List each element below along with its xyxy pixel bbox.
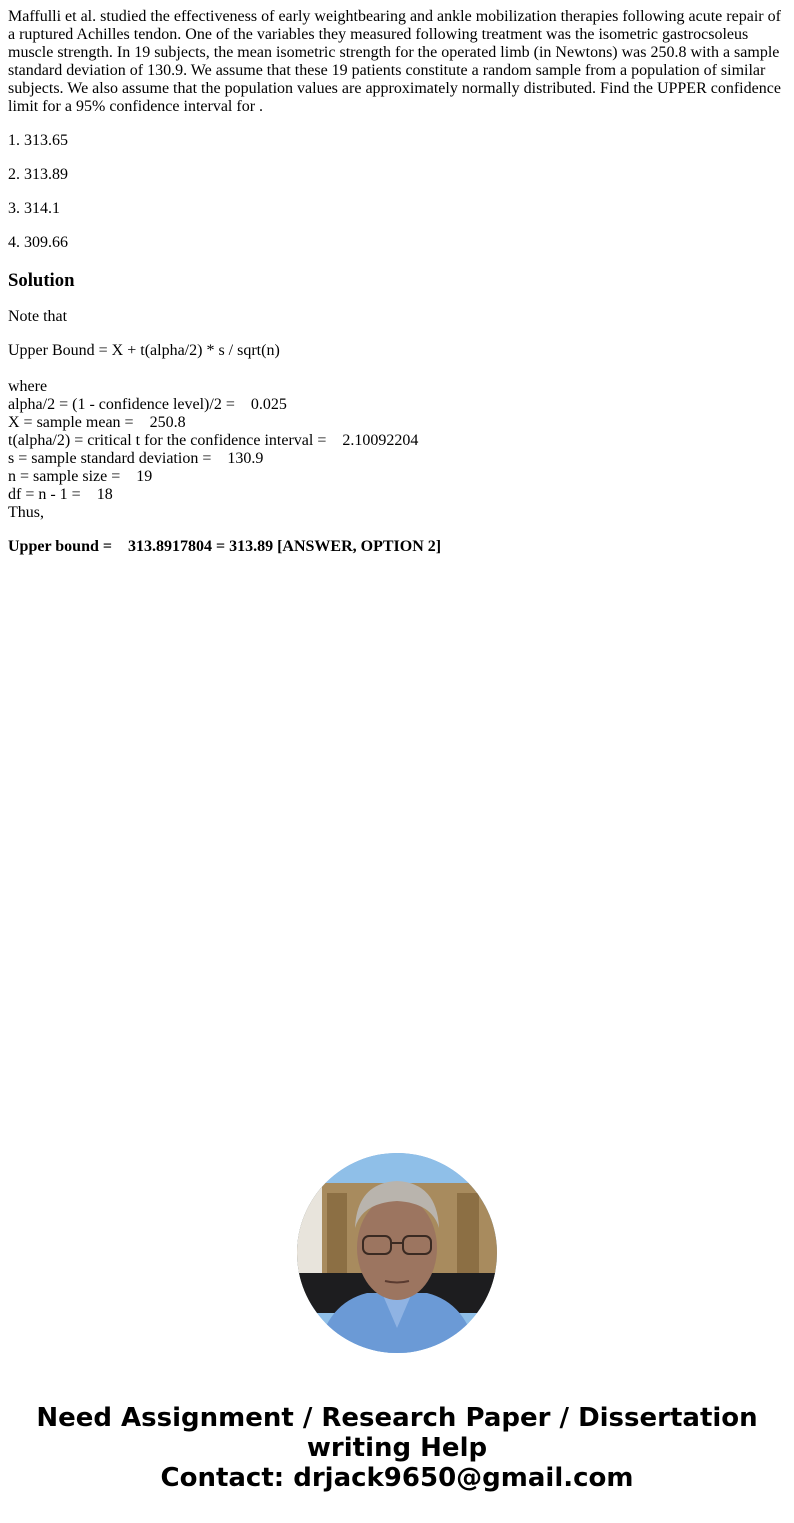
solution-note: Note that [8, 308, 786, 326]
definition-line: X = sample mean = 250.8 [8, 414, 786, 432]
definition-line: alpha/2 = (1 - confidence level)/2 = 0.0… [8, 396, 786, 414]
option-2: 2. 313.89 [8, 166, 786, 184]
option-3: 3. 314.1 [8, 200, 786, 218]
option-4: 4. 309.66 [8, 234, 786, 252]
solution-heading: Solution [8, 270, 786, 292]
question-text: Maffulli et al. studied the effectivenes… [8, 8, 786, 116]
definition-line: df = n - 1 = 18 [8, 486, 786, 504]
promo-line-1: Need Assignment / Research Paper / Disse… [0, 1403, 794, 1433]
definition-line: t(alpha/2) = critical t for the confiden… [8, 432, 786, 450]
tutor-avatar [297, 1153, 497, 1353]
person-photo-icon [297, 1153, 497, 1353]
final-answer: Upper bound = 313.8917804 = 313.89 [ANSW… [8, 538, 786, 556]
definition-line: n = sample size = 19 [8, 468, 786, 486]
promo-banner: Need Assignment / Research Paper / Disse… [0, 1403, 794, 1493]
promo-contact: Contact: drjack9650@gmail.com [0, 1463, 794, 1493]
solution-definitions: where alpha/2 = (1 - confidence level)/2… [8, 378, 786, 522]
document-body: Maffulli et al. studied the effectivenes… [0, 0, 794, 556]
promo-line-2: writing Help [0, 1433, 794, 1463]
definition-line: where [8, 378, 786, 396]
option-1: 1. 313.65 [8, 132, 786, 150]
definition-line: Thus, [8, 504, 786, 522]
definition-line: s = sample standard deviation = 130.9 [8, 450, 786, 468]
solution-formula: Upper Bound = X + t(alpha/2) * s / sqrt(… [8, 342, 786, 360]
